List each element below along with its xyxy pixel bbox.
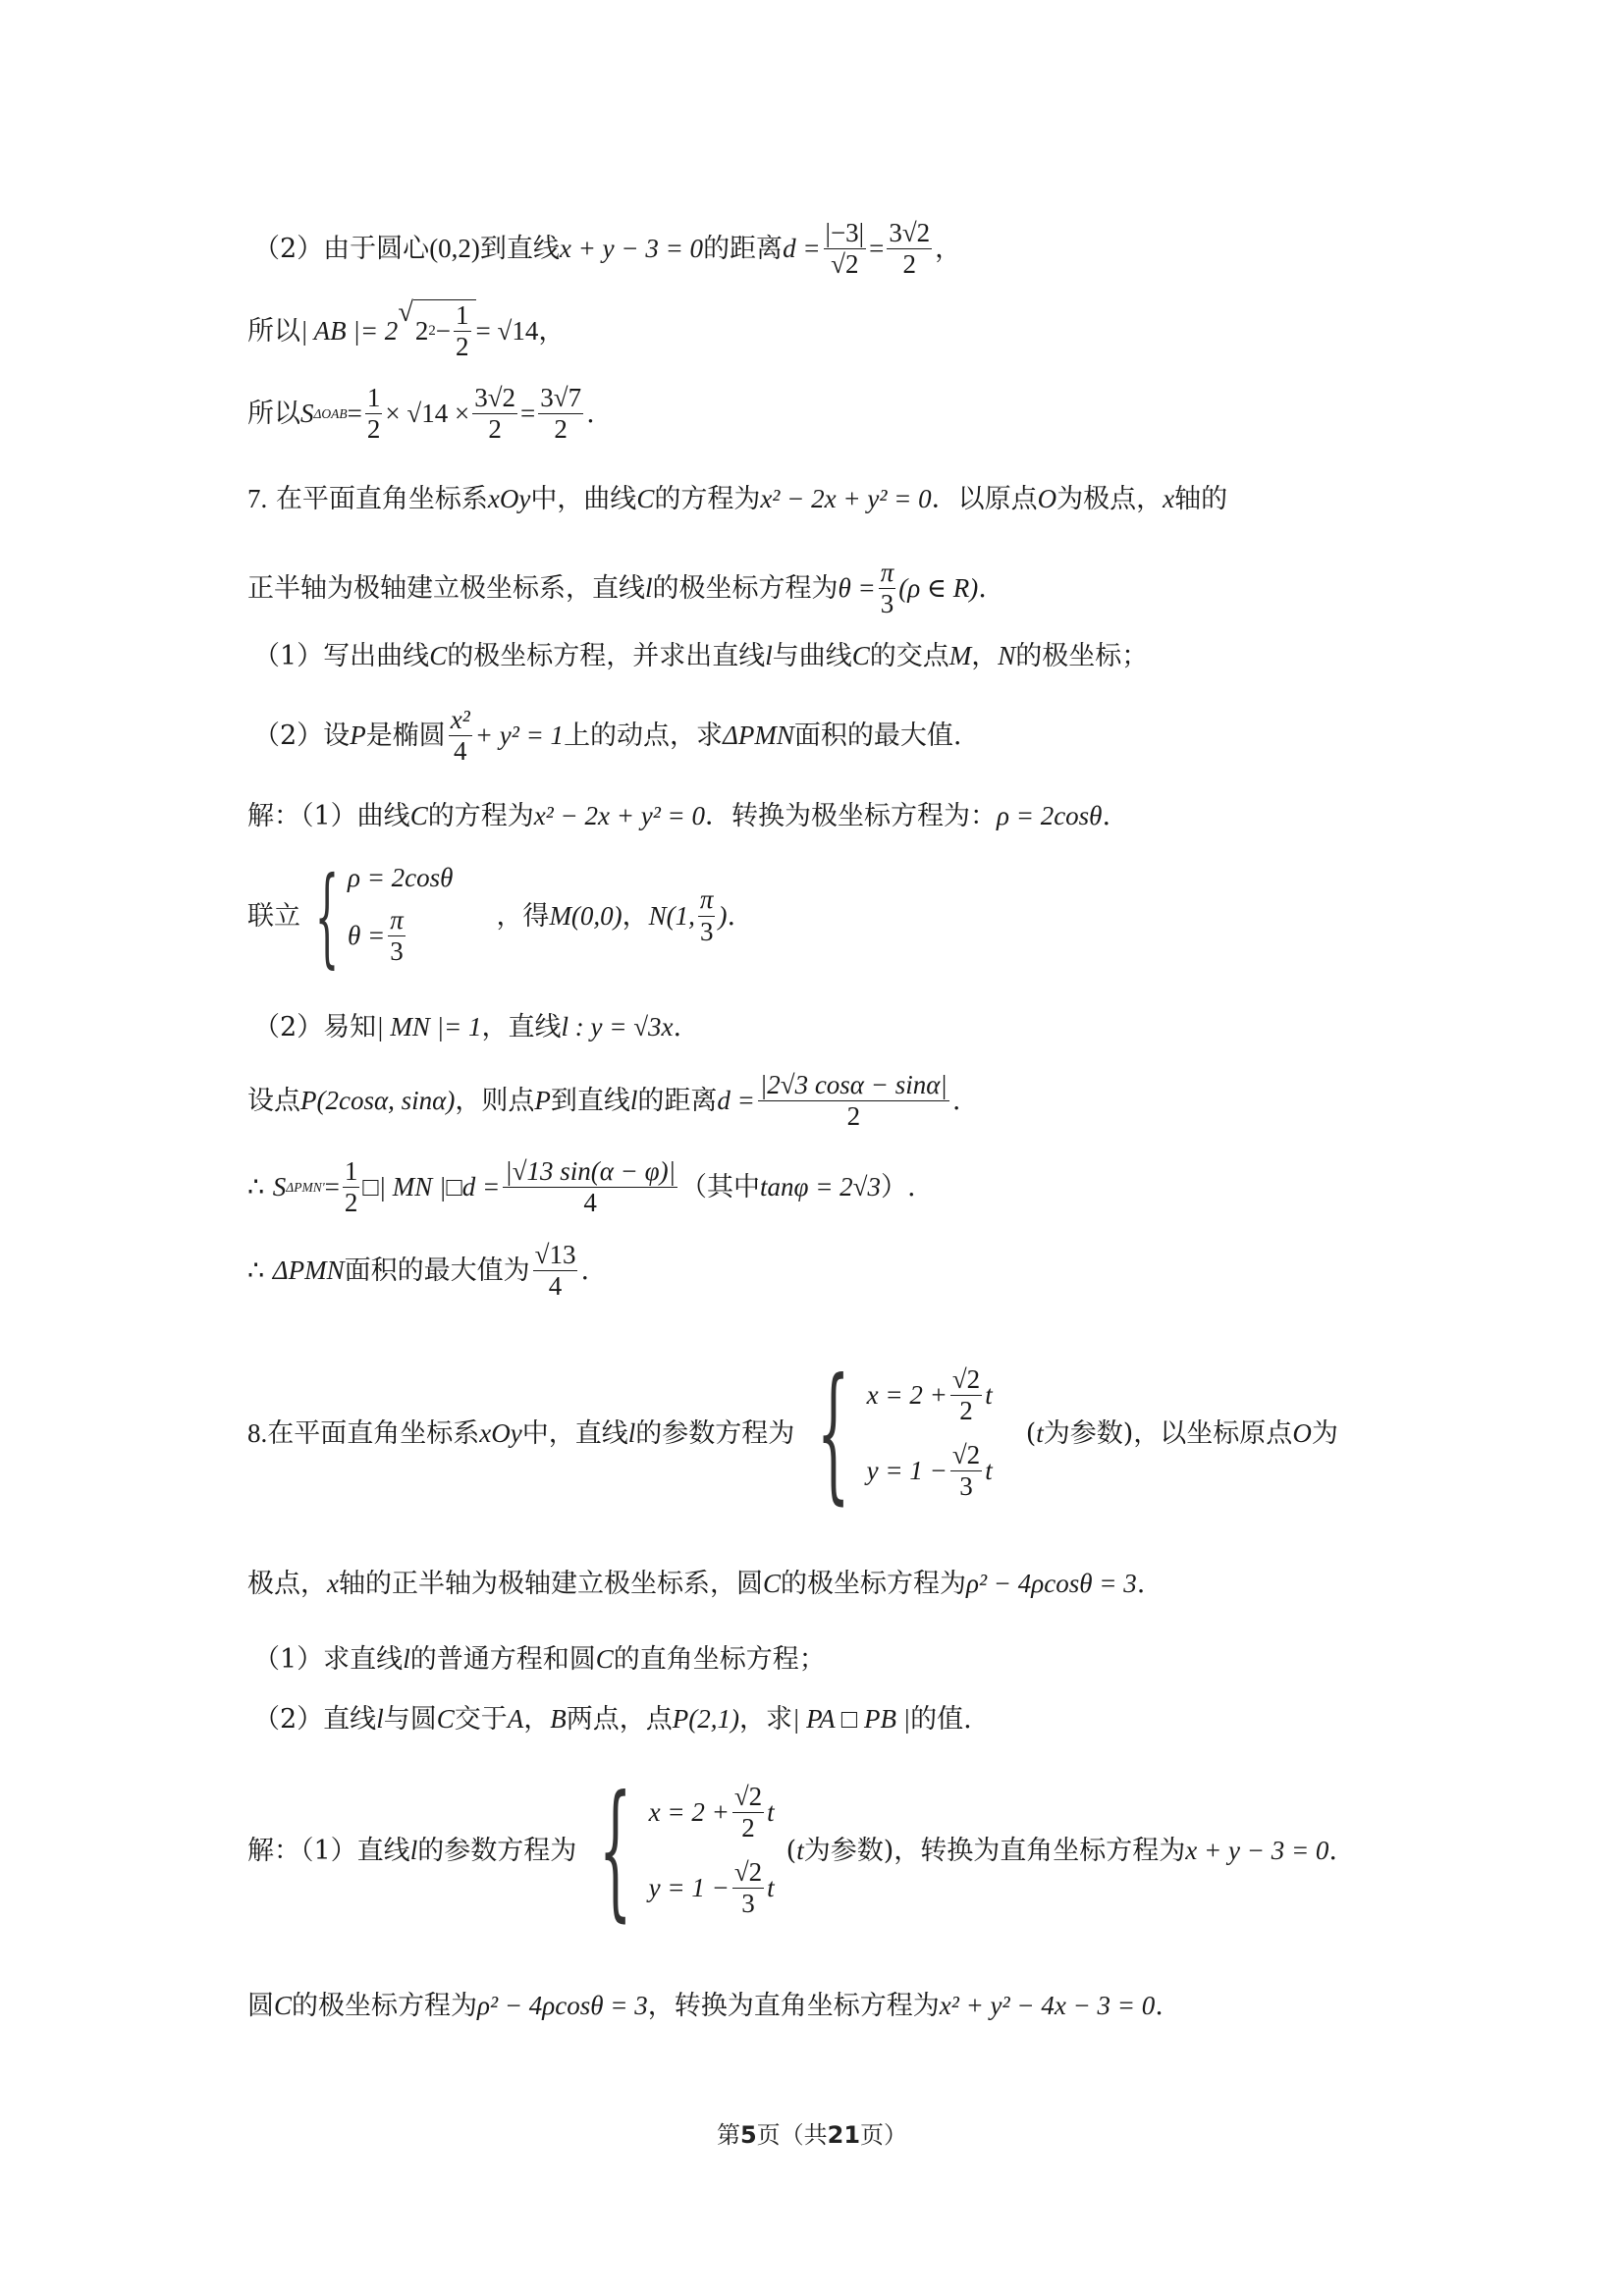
math-d: d = xyxy=(783,236,820,262)
q8-sol2: 圆 C 的极坐标方程为 ρ² − 4ρcosθ = 3 ，转换为直角坐标方程为 … xyxy=(247,1993,1164,2019)
text: ， xyxy=(623,903,649,930)
math: C xyxy=(410,803,428,829)
text: 的方程为 xyxy=(654,486,760,512)
text: ，则点 xyxy=(455,1088,534,1114)
punct: . xyxy=(1137,1571,1146,1597)
text: （2）由于圆心 xyxy=(253,236,429,262)
text: 为极点， xyxy=(1056,486,1163,512)
fraction: |√13 sin(α − φ)|4 xyxy=(503,1156,677,1218)
punct: . xyxy=(727,903,735,930)
math: | PA □ PB | xyxy=(792,1706,910,1733)
q7-sol2: （2）易知 | MN |= 1 ，直线 l : y = √3x . xyxy=(253,1014,681,1041)
footer-text: 第 xyxy=(717,2121,740,2149)
text: 的极坐标方程为 xyxy=(653,575,839,602)
math: P(2,1) xyxy=(673,1706,739,1733)
punct: . xyxy=(586,400,595,427)
punct: ， xyxy=(935,236,961,262)
text: 的直角坐标方程； xyxy=(614,1646,826,1673)
text: （2）直线 xyxy=(253,1706,376,1733)
text: 的交点 xyxy=(870,643,949,669)
fraction: x²4 xyxy=(449,705,472,767)
text: 为 xyxy=(1312,1420,1338,1447)
eq-sign: = xyxy=(520,400,535,427)
q6-part2-line1: （2）由于圆心 (0,2) 到直线 x + y − 3 = 0 的距离 d = … xyxy=(253,218,961,280)
math: (ρ ∈ R) xyxy=(898,575,978,602)
punct: . xyxy=(580,1257,589,1284)
fraction: √134 xyxy=(533,1240,578,1302)
text: 的极坐标方程为 xyxy=(781,1571,966,1597)
math: t xyxy=(1036,1420,1044,1447)
parametric-system: { x = 2 +√22t y = 1 −√23t xyxy=(580,1777,774,1924)
text: 所以 xyxy=(247,318,300,345)
math: x xyxy=(1163,486,1174,512)
text: 的极坐标方程为 xyxy=(292,1993,477,2019)
text: 面积的最大值为 xyxy=(345,1257,530,1284)
text: ( xyxy=(1026,1420,1037,1447)
text: （1）求直线 xyxy=(253,1646,403,1673)
text: 解：（1）曲线 xyxy=(247,803,410,829)
math: A xyxy=(508,1706,524,1733)
text: （2）设 xyxy=(253,722,350,749)
math: M(0,0) xyxy=(549,903,622,930)
text: 在平面直角坐标系 xyxy=(276,486,488,512)
q7-part2: （2）设 P 是椭圆 x²4 + y² = 1 上的动点，求 ΔPMN 面积的最… xyxy=(253,705,962,767)
parametric-system: { x = 2 +√22t y = 1 −√23t xyxy=(798,1360,992,1507)
subscript: ΔOAB xyxy=(314,407,348,421)
punct: ， xyxy=(538,318,565,345)
text: 的距离 xyxy=(703,236,783,262)
text: ， xyxy=(523,1706,550,1733)
text: ）. xyxy=(881,1174,916,1201)
math: N(1, xyxy=(649,903,695,930)
math-S: S xyxy=(300,400,314,427)
q7-part1: （1）写出曲线 C 的极坐标方程，并求出直线 l 与曲线 C 的交点 M ， N… xyxy=(253,643,1148,669)
fraction: 3√72 xyxy=(538,383,583,445)
text: 轴的 xyxy=(1174,486,1227,512)
q8-stem-line2: 极点， x 轴的正半轴为极轴建立极坐标系，圆 C 的极坐标方程为 ρ² − 4ρ… xyxy=(247,1571,1145,1597)
text: 与圆 xyxy=(384,1706,437,1733)
math: | MN |= 1 xyxy=(376,1014,481,1041)
punct: . xyxy=(1155,1993,1164,2019)
text: ．以原点 xyxy=(932,486,1038,512)
sqrt-expression: √ 22 − 12 xyxy=(398,299,475,362)
eq-sign: = xyxy=(869,236,884,262)
text: （1）写出曲线 xyxy=(253,643,429,669)
text: 交于 xyxy=(455,1706,508,1733)
text: ，直线 xyxy=(482,1014,562,1041)
math: x xyxy=(327,1571,339,1597)
q7-sol-max: ∴ ΔPMN 面积的最大值为 √134 . xyxy=(247,1240,589,1302)
text: 面积的最大值. xyxy=(794,722,962,749)
text: 在平面直角坐标系 xyxy=(267,1420,479,1447)
math: C xyxy=(763,1571,781,1597)
math: x² − 2x + y² = 0 xyxy=(760,486,931,512)
text: ，转换为直角坐标方程为 xyxy=(648,1993,940,2019)
q8-part2: （2）直线 l 与圆 C 交于 A ， B 两点，点 P(2,1) ，求 | P… xyxy=(253,1706,972,1733)
punct: . xyxy=(952,1088,961,1114)
text: 到直线 xyxy=(480,236,560,262)
q7-sol-area: ∴ SΔPMN' = 12 □| MN |□d = |√13 sin(α − φ… xyxy=(247,1156,916,1218)
math: ρ = 2cosθ xyxy=(997,803,1102,829)
math-center: (0,2) xyxy=(429,236,480,262)
fraction: 3√22 xyxy=(472,383,517,445)
footer-text: 页） xyxy=(860,2121,907,2149)
q6-part2-line2: 所以 | AB |= 2 √ 22 − 12 = √14 ， xyxy=(247,299,565,362)
math: l xyxy=(630,1088,638,1114)
text: （2）易知 xyxy=(253,1014,376,1041)
math: M xyxy=(949,643,972,669)
math: ΔPMN xyxy=(273,1257,345,1284)
page-number: 5 xyxy=(740,2121,757,2149)
text: 中，直线 xyxy=(522,1420,628,1447)
text: 的极坐标； xyxy=(1015,643,1148,669)
math-rhs: = √14 xyxy=(476,318,539,345)
math-times: × √14 × xyxy=(385,400,469,427)
text: 的极坐标方程，并求出直线 xyxy=(447,643,765,669)
math: l xyxy=(628,1420,636,1447)
text: 联立 xyxy=(247,903,300,930)
math: l xyxy=(645,575,653,602)
text: 与曲线 xyxy=(773,643,852,669)
math: □| MN |□d = xyxy=(362,1174,500,1201)
text: 圆 xyxy=(247,1993,274,2019)
q8-sol1: 解：（1）直线 l 的参数方程为 { x = 2 +√22t y = 1 −√2… xyxy=(247,1777,1337,1924)
text: 上的动点，求 xyxy=(564,722,723,749)
math: C xyxy=(274,1993,292,2019)
therefore-symbol: ∴ xyxy=(247,1257,264,1284)
text: 设点 xyxy=(247,1088,300,1114)
q8-part1: （1）求直线 l 的普通方程和圆 C 的直角坐标方程； xyxy=(253,1646,826,1673)
math: O xyxy=(1292,1420,1312,1447)
q7-sol1: 解：（1）曲线 C 的方程为 x² − 2x + y² = 0 ．转换为极坐标方… xyxy=(247,803,1110,829)
q7-sol-system: 联立 { ρ = 2cosθ θ =π3 ，得 M(0,0) ， N(1, π3… xyxy=(247,862,735,970)
punct: . xyxy=(978,575,987,602)
page-footer: 第5页（共21页） xyxy=(0,2115,1624,2150)
fraction: |−3|√2 xyxy=(824,218,867,280)
math-ab: | AB |= 2 xyxy=(300,318,398,345)
text: 解：（1）直线 xyxy=(247,1838,410,1864)
text: 极点， xyxy=(247,1571,327,1597)
math: ρ² − 4ρcosθ = 3 xyxy=(477,1993,648,2019)
text: 正半轴为极轴建立极坐标系，直线 xyxy=(247,575,645,602)
question-number: 7. xyxy=(247,486,267,512)
therefore-symbol: ∴ xyxy=(247,1174,264,1201)
punct: . xyxy=(1328,1838,1337,1864)
math: x² + y² − 4x − 3 = 0 xyxy=(940,1993,1156,2019)
text: ，求 xyxy=(739,1706,792,1733)
math: l xyxy=(410,1838,418,1864)
text: 为参数)，转换为直角坐标方程为 xyxy=(804,1838,1186,1864)
text: 到直线 xyxy=(551,1088,630,1114)
math: ρ² − 4ρcosθ = 3 xyxy=(966,1571,1137,1597)
math: l xyxy=(403,1646,410,1673)
footer-text: 页（共 xyxy=(757,2121,828,2149)
fraction: π3 xyxy=(698,884,716,946)
math: ) xyxy=(718,903,727,930)
math: O xyxy=(1038,486,1057,512)
math: tanφ = 2√3 xyxy=(760,1174,881,1201)
text: 所以 xyxy=(247,400,300,427)
math: S xyxy=(273,1174,287,1201)
math: l : y = √3x xyxy=(562,1014,674,1041)
math: l xyxy=(376,1706,384,1733)
punct: . xyxy=(1102,803,1110,829)
math: x + y − 3 = 0 xyxy=(1185,1838,1328,1864)
math: + y² = 1 xyxy=(475,722,564,749)
math: θ = xyxy=(839,575,876,602)
eq-sign: = xyxy=(348,400,362,427)
text: 是椭圆 xyxy=(366,722,446,749)
text: ，得 xyxy=(496,903,549,930)
math: P(2cosα, sinα) xyxy=(300,1088,455,1114)
math: l xyxy=(765,643,773,669)
fraction: 12 xyxy=(365,383,383,445)
text: 的距离 xyxy=(637,1088,717,1114)
math: t xyxy=(796,1838,804,1864)
math: d = xyxy=(717,1088,754,1114)
q7-sol-distance: 设点 P(2cosα, sinα) ，则点 P 到直线 l 的距离 d = |2… xyxy=(247,1070,960,1132)
math: C xyxy=(596,1646,614,1673)
math: C xyxy=(437,1706,455,1733)
q7-stem-line1: 7. 在平面直角坐标系 xOy 中，曲线 C 的方程为 x² − 2x + y²… xyxy=(247,486,1227,512)
text: 的参数方程为 xyxy=(635,1420,794,1447)
math: N xyxy=(998,643,1015,669)
math: xOy xyxy=(488,486,530,512)
math: xOy xyxy=(479,1420,521,1447)
math: C xyxy=(429,643,447,669)
q8-stem-line1: 8. 在平面直角坐标系 xOy 中，直线 l 的参数方程为 { x = 2 +√… xyxy=(247,1360,1338,1507)
fraction: π3 xyxy=(879,558,896,619)
math: P xyxy=(350,722,366,749)
text: 的参数方程为 xyxy=(417,1838,576,1864)
math: ΔPMN xyxy=(723,722,794,749)
text: ， xyxy=(971,643,998,669)
math: B xyxy=(550,1706,567,1733)
fraction: 3√22 xyxy=(887,218,932,280)
math: C xyxy=(852,643,870,669)
subscript: ΔPMN' xyxy=(286,1181,324,1195)
math: x² − 2x + y² = 0 xyxy=(534,803,705,829)
text: 中，曲线 xyxy=(530,486,636,512)
page-total: 21 xyxy=(828,2121,860,2149)
q7-stem-line2: 正半轴为极轴建立极坐标系，直线 l 的极坐标方程为 θ = π3 (ρ ∈ R)… xyxy=(247,558,987,619)
question-number: 8. xyxy=(247,1420,267,1447)
q6-part2-line3: 所以 SΔOAB = 12 × √14 × 3√22 = 3√72 . xyxy=(247,383,595,445)
text: 为参数)，以坐标原点 xyxy=(1044,1420,1293,1447)
text: 的普通方程和圆 xyxy=(410,1646,596,1673)
text: 两点，点 xyxy=(567,1706,673,1733)
eq-sign: = xyxy=(325,1174,340,1201)
math-line-eq: x + y − 3 = 0 xyxy=(560,236,703,262)
text: 的方程为 xyxy=(428,803,534,829)
fraction: 12 xyxy=(343,1156,360,1218)
text: （其中 xyxy=(680,1174,760,1201)
text: 的值. xyxy=(910,1706,972,1733)
fraction: |2√3 cosα − sinα|2 xyxy=(758,1070,949,1132)
math: C xyxy=(636,486,654,512)
text: ．转换为极坐标方程为： xyxy=(705,803,997,829)
equation-system: { ρ = 2cosθ θ =π3 xyxy=(304,862,453,970)
punct: . xyxy=(674,1014,682,1041)
text: ( xyxy=(786,1838,797,1864)
math: P xyxy=(534,1088,551,1114)
text: 轴的正半轴为极轴建立极坐标系，圆 xyxy=(339,1571,763,1597)
